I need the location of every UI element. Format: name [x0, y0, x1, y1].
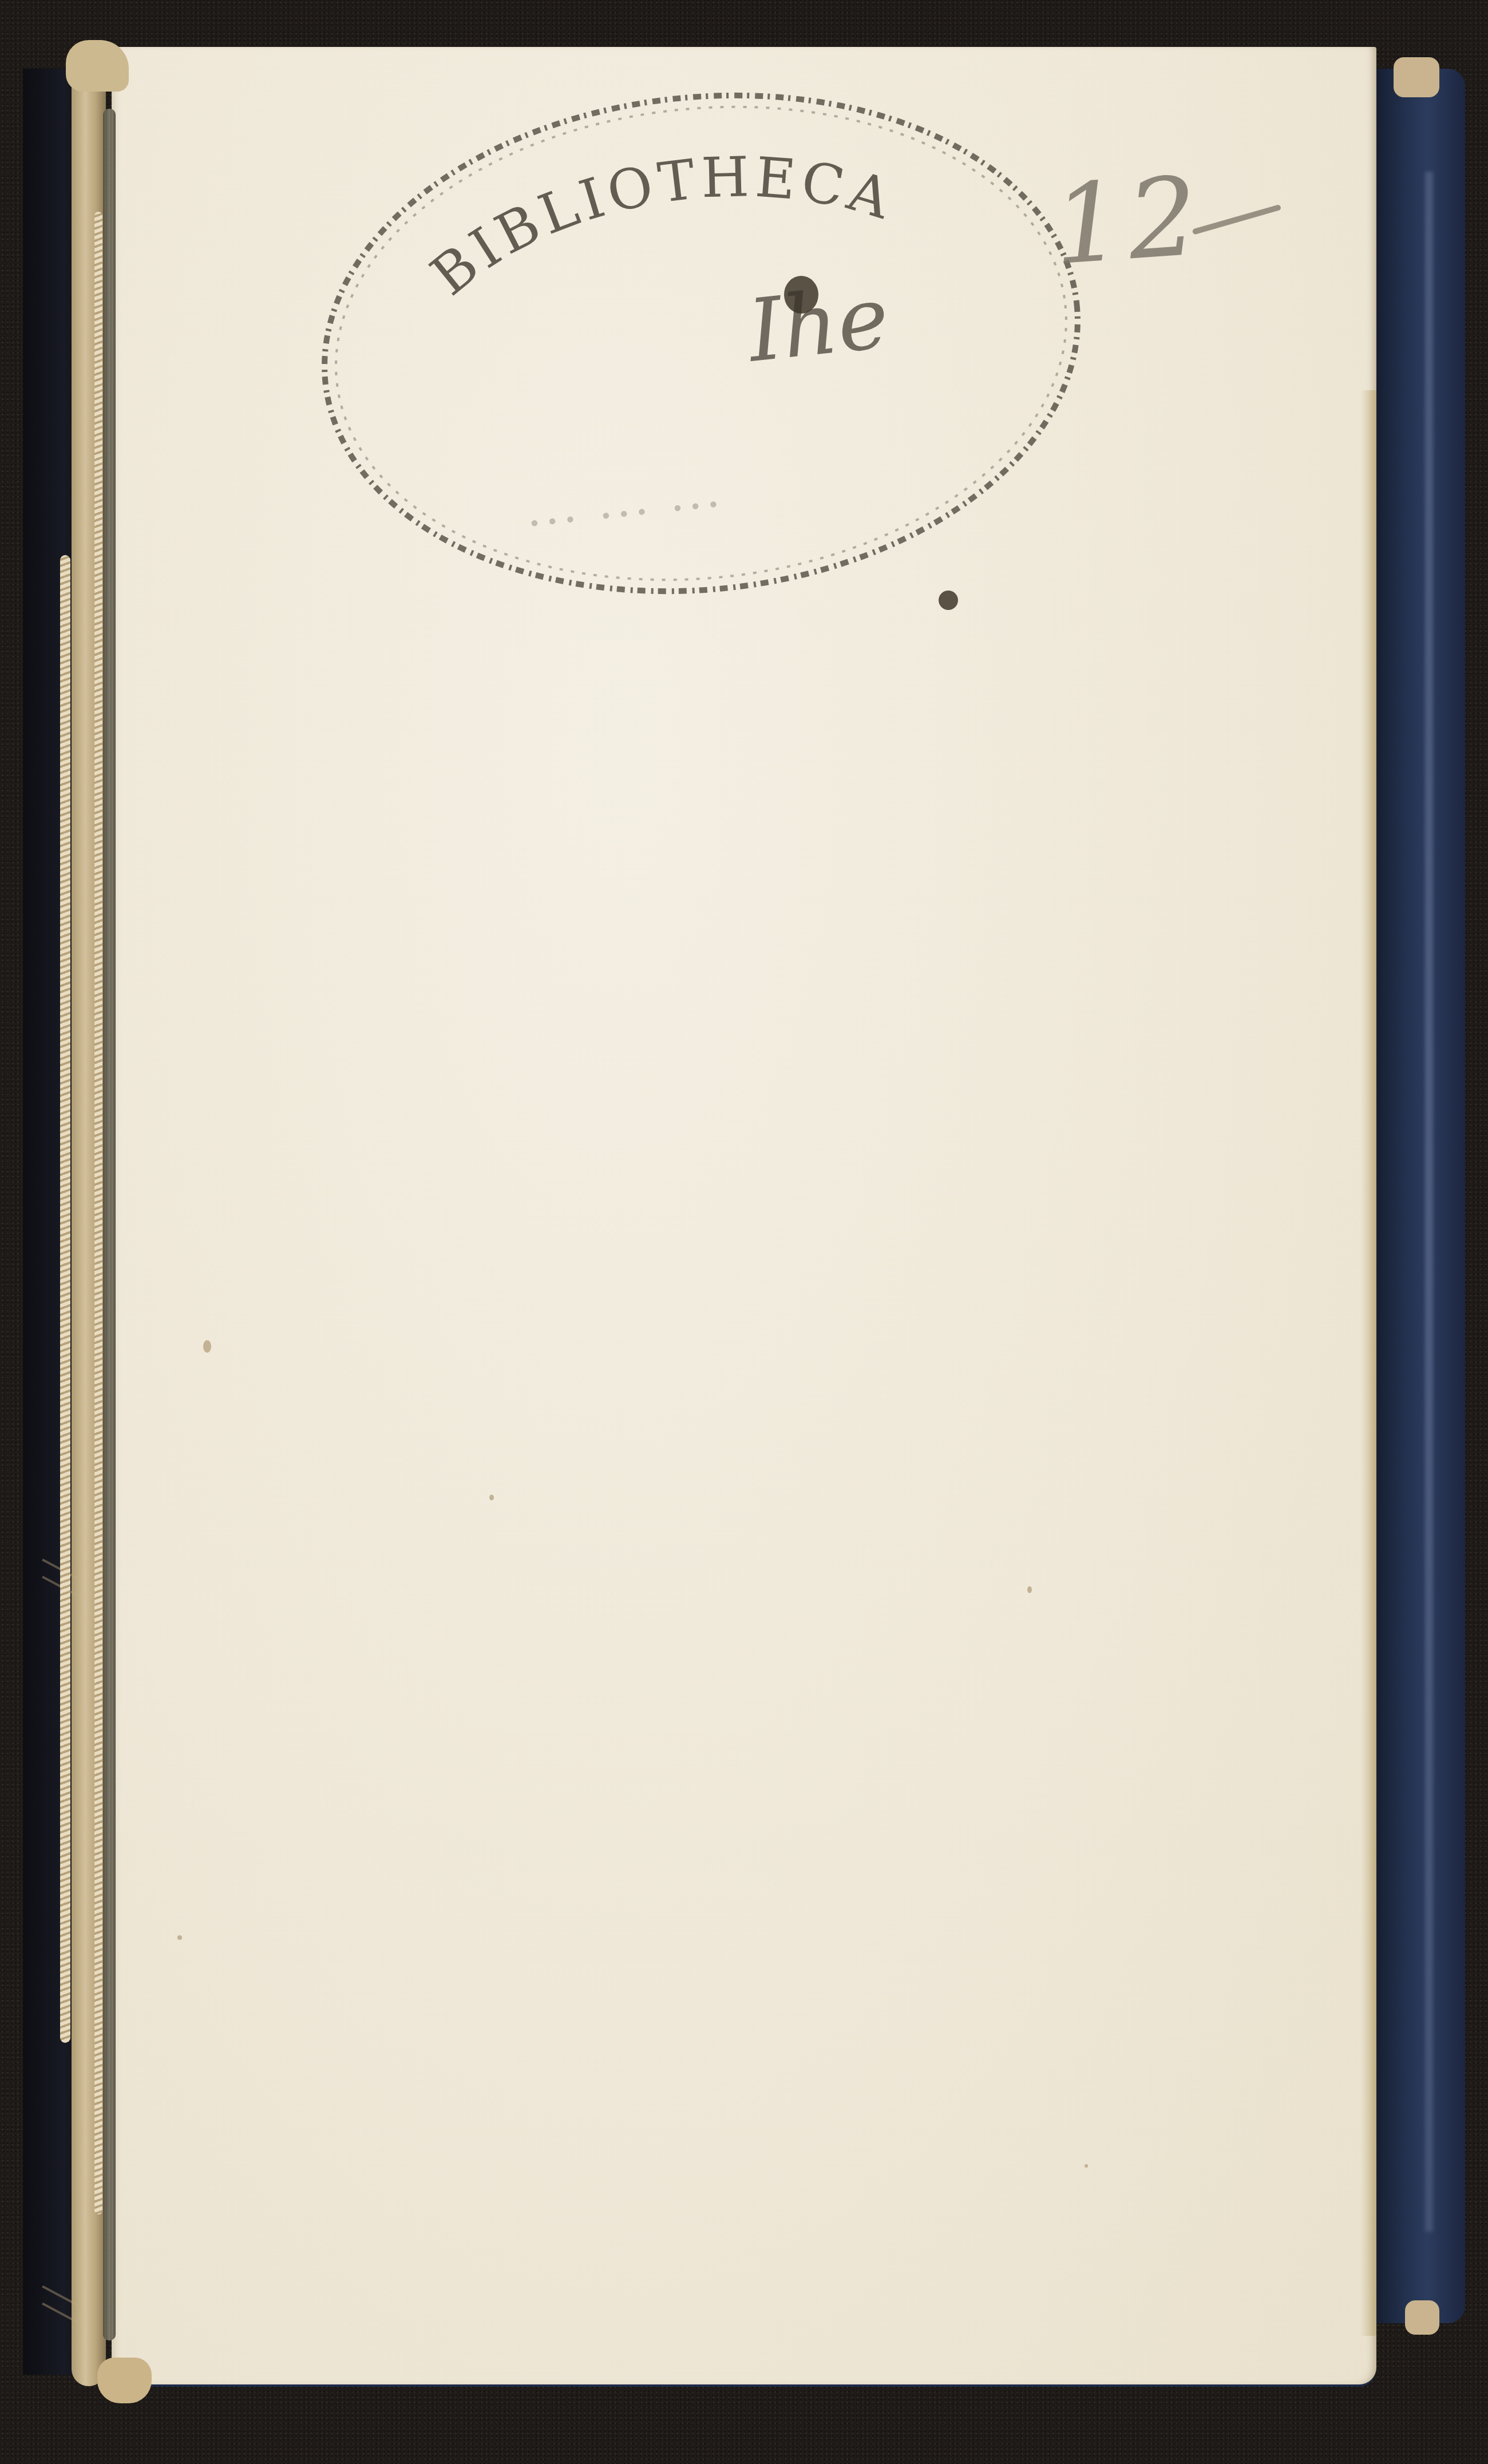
- handwritten-shelf-number: 12: [1049, 146, 1299, 290]
- paper-speck: [1085, 2164, 1088, 2168]
- stamp-center-text: Ihe: [742, 268, 893, 382]
- binding-bottom-fray: [97, 2358, 152, 2403]
- stamp-oval-icon: BIBLIOTHECA Ihe ··· ··· ···: [277, 29, 1126, 658]
- binding-string: [94, 212, 102, 2215]
- binding-gap: [103, 109, 116, 2340]
- binding-top-fray: [66, 40, 129, 92]
- pencil-flourish: [1192, 204, 1281, 235]
- paper-speck: [203, 1340, 211, 1353]
- back-cover-edge: [1371, 69, 1465, 2323]
- paper-speck: [489, 1495, 494, 1500]
- library-stamp: BIBLIOTHECA Ihe ··· ··· ···: [277, 29, 1126, 658]
- shelf-number-text: 12: [1049, 153, 1208, 290]
- page-edge-shadow: [1360, 390, 1376, 2336]
- paper-speck: [1027, 1586, 1032, 1593]
- paper-speck: [177, 1935, 182, 1940]
- cover-corner-wear: [1405, 2300, 1439, 2335]
- cover-corner-wear: [1394, 57, 1439, 97]
- binding-string: [60, 555, 70, 2043]
- book-photo: BIBLIOTHECA Ihe ··· ··· ··· 12: [0, 0, 1488, 2464]
- stamp-lower-text: ··· ··· ···: [525, 477, 727, 551]
- binding-tape-and-string: [40, 40, 137, 2398]
